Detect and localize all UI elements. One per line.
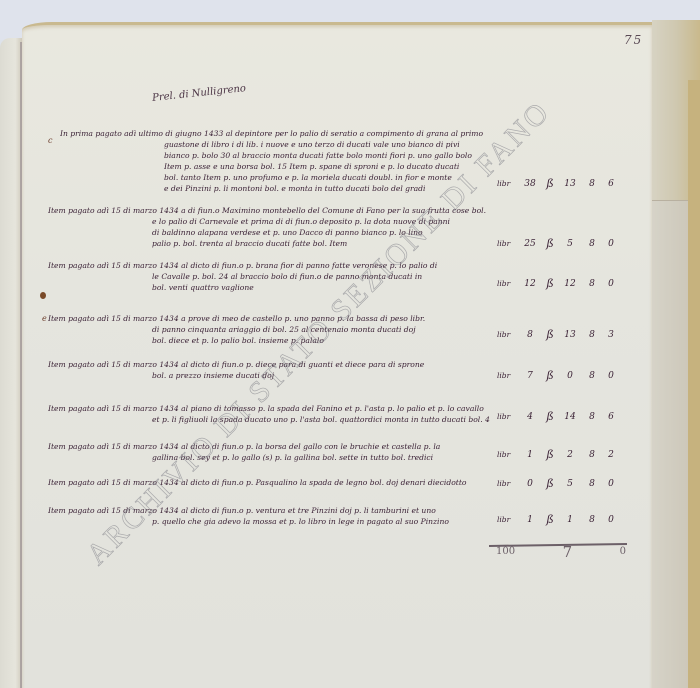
entry-amount-2: libr 25 ß 5 8 0 <box>497 237 637 250</box>
entry-line: bol. diece et p. lo palio bol. insieme p… <box>152 335 504 346</box>
ledger-entry-3: Item pagato adì 15 di marzo 1434 al dict… <box>48 260 508 293</box>
left-page-edge <box>0 38 22 688</box>
gutter-line <box>20 42 22 688</box>
soldi-symbol-icon: ß <box>541 277 559 290</box>
ledger-entry-2: Item pagato adì 15 di marzo 1434 a di fi… <box>48 205 508 249</box>
entry-first-line: Item pagato adì 15 di marzo 1434 a di fi… <box>48 205 508 216</box>
entry-first-line: Item pagato adì 15 di marzo 1434 al pian… <box>48 403 508 414</box>
manuscript-page <box>22 22 652 688</box>
entry-amount-1: libr 38 ß 13 8 6 <box>497 177 637 190</box>
entry-first-line: Item pagato adì 15 di marzo 1434 al dict… <box>48 441 508 452</box>
entry-line: bol. tanto Item p. uno profumo e p. la m… <box>164 172 516 183</box>
page-total: 100 7 0 <box>496 546 626 561</box>
entry-line: p. quello che gia adevo la mossa et p. l… <box>152 516 504 527</box>
entry-line: guastone di libro i di lib. i nuove e un… <box>164 139 516 150</box>
soldi-symbol-icon: ß <box>541 513 559 526</box>
entry-first-line: Item pagato adì 15 di marzo 1434 al dict… <box>48 359 508 370</box>
ledger-entry-4: Item pagato adì 15 di marzo 1434 a prove… <box>48 313 508 346</box>
entry-line: Item p. asse e una borsa bol. 15 Item p.… <box>164 161 516 172</box>
entry-line: palio p. bol. trenta al braccio ducati f… <box>152 238 504 249</box>
ledger-entry-6: Item pagato adì 15 di marzo 1434 al pian… <box>48 403 508 425</box>
total-soldi: 7 <box>563 543 573 561</box>
total-denari: 0 <box>620 546 626 561</box>
ledger-entry-9: Item pagato adì 15 di marzo 1434 al dict… <box>48 505 508 527</box>
entry-first-line: Item pagato adì 15 di marzo 1434 al dict… <box>48 505 508 516</box>
soldi-symbol-icon: ß <box>541 237 559 250</box>
total-lire: 100 <box>496 546 515 561</box>
entry-first-line: Item pagato adì 15 di marzo 1434 al dict… <box>48 260 508 271</box>
soldi-symbol-icon: ß <box>541 410 559 423</box>
soldi-symbol-icon: ß <box>541 177 559 190</box>
entry-line: et p. li figliuoli la spada ducato uno p… <box>152 414 504 425</box>
soldi-symbol-icon: ß <box>541 448 559 461</box>
ledger-entry-8: Item pagato adì 15 di marzo 1434 al dict… <box>48 477 508 488</box>
entry-amount-9: libr 1 ß 1 8 0 <box>497 513 637 526</box>
margin-mark: c <box>48 136 52 145</box>
margin-mark: e <box>42 314 47 323</box>
entry-amount-6: libr 4 ß 14 8 6 <box>497 410 637 423</box>
soldi-symbol-icon: ß <box>541 369 559 382</box>
ink-stain <box>40 292 46 299</box>
ledger-entry-7: Item pagato adì 15 di marzo 1434 al dict… <box>48 441 508 463</box>
entry-amount-7: libr 1 ß 2 8 2 <box>497 448 637 461</box>
ledger-entry-1: In prima pagato adì ultimo di giugno 143… <box>60 128 520 194</box>
entry-first-line: Item pagato adì 15 di marzo 1434 a prove… <box>48 313 508 324</box>
entry-first-line: In prima pagato adì ultimo di giugno 143… <box>60 128 520 139</box>
soldi-symbol-icon: ß <box>541 328 559 341</box>
entry-line: e lo palio di Carnevale et prima di di f… <box>152 216 504 227</box>
entry-amount-4: libr 8 ß 13 8 3 <box>497 328 637 341</box>
entry-amount-5: libr 7 ß 0 8 0 <box>497 369 637 382</box>
entry-first-line: Item pagato adì 15 di marzo 1434 al dict… <box>48 477 508 488</box>
folio-number: 75 <box>624 33 643 47</box>
soldi-symbol-icon: ß <box>541 477 559 490</box>
entry-line: le Cavalle p. bol. 24 al braccio bolo di… <box>152 271 504 282</box>
ledger-entry-5: Item pagato adì 15 di marzo 1434 al dict… <box>48 359 508 381</box>
entry-line: e dei Pinzini p. li montoni bol. e monta… <box>164 183 516 194</box>
entry-line: bol. venti quattro vaglione <box>152 282 504 293</box>
entry-line: bianco p. bolo 30 al braccio monta ducat… <box>164 150 516 161</box>
entry-line: di baldinno alapana verdese et p. uno Da… <box>152 227 504 238</box>
entry-line: gallina bol. sey et p. lo gallo (s) p. l… <box>152 452 504 463</box>
entry-amount-8: libr 0 ß 5 8 0 <box>497 477 637 490</box>
entry-line: bol. a prezzo insieme ducati doj <box>152 370 504 381</box>
entry-amount-3: libr 12 ß 12 8 0 <box>497 277 637 290</box>
right-page-stack <box>652 20 700 688</box>
entry-line: di panno cinquanta ariaggio di bol. 25 a… <box>152 324 504 335</box>
